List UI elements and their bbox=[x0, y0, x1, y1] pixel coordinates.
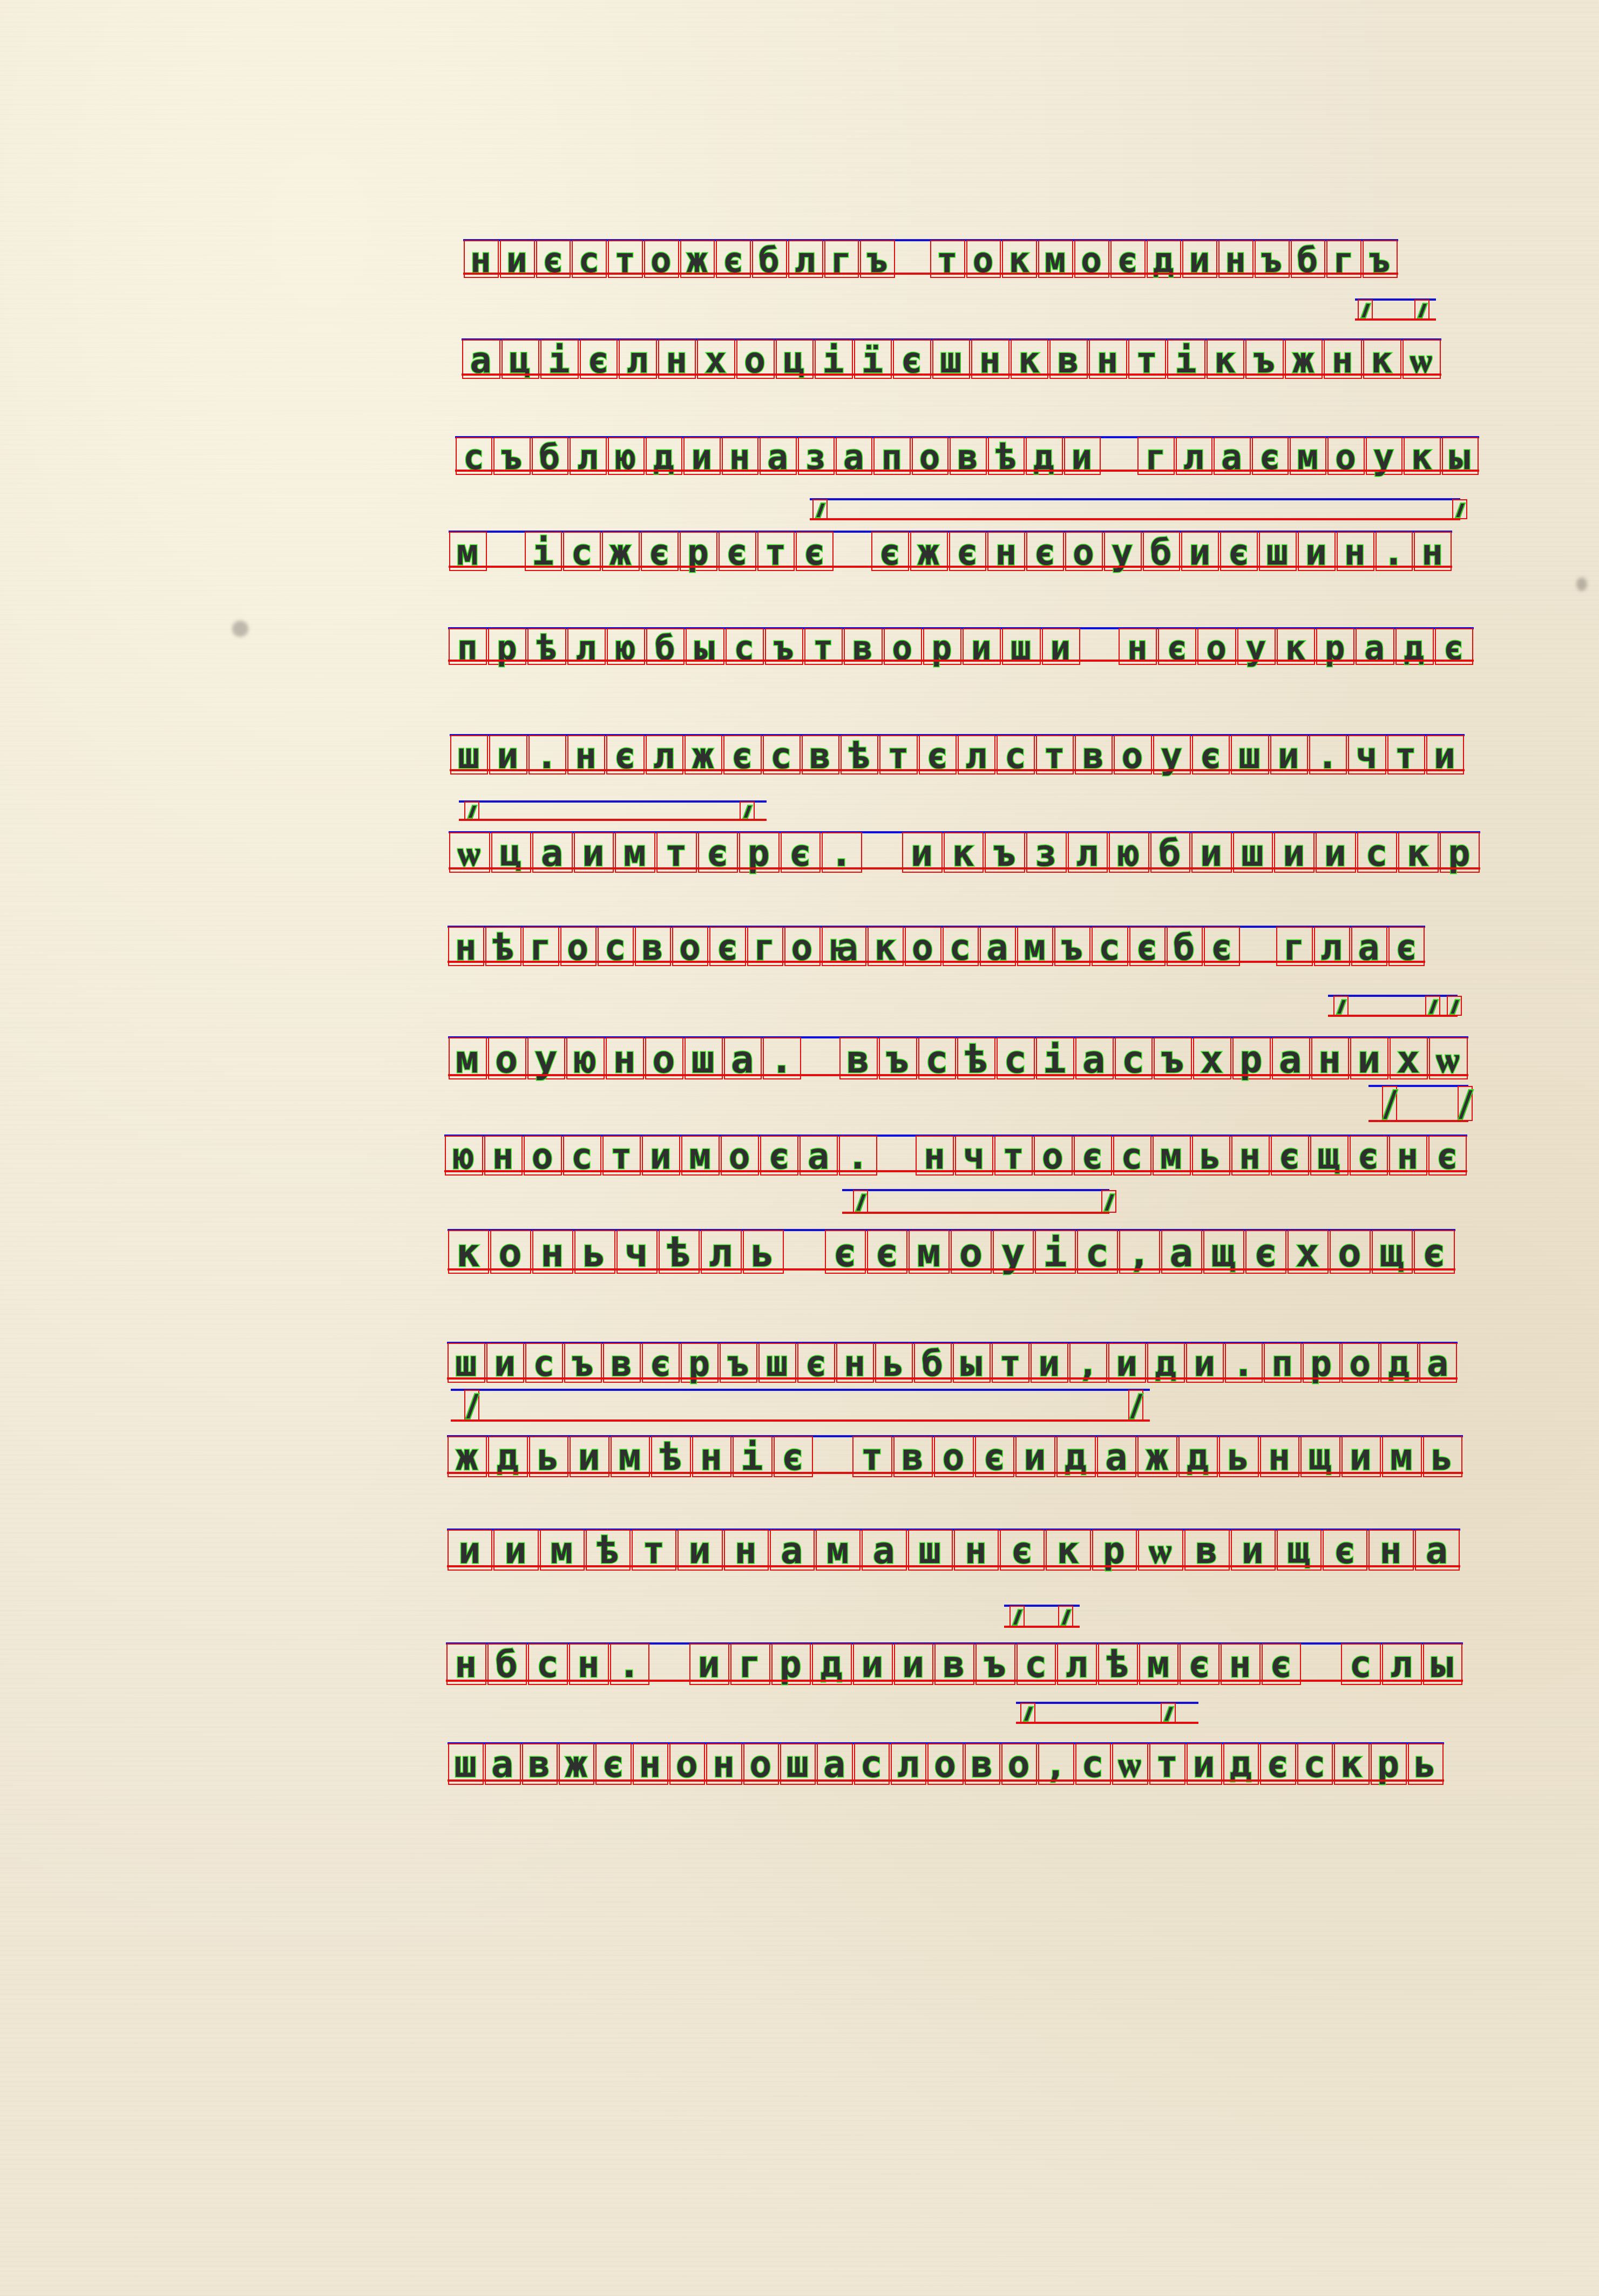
glyph-box: л bbox=[1382, 1643, 1422, 1685]
glyph-box: в bbox=[934, 1643, 974, 1685]
text-line: съблюдиназаповѣди глаємоукы bbox=[455, 436, 1479, 480]
glyph-box: ю bbox=[566, 1037, 605, 1079]
superscript-line bbox=[1328, 995, 1458, 1018]
glyph-box: є bbox=[1074, 1136, 1112, 1176]
glyph-box: ш bbox=[908, 1530, 953, 1571]
glyph-box: с bbox=[1077, 1230, 1118, 1274]
glyph-box: є bbox=[1414, 1230, 1455, 1274]
superscript-glyph-box bbox=[1058, 1606, 1073, 1627]
line-baseline bbox=[462, 373, 1441, 376]
glyph-box: и bbox=[1316, 832, 1356, 873]
glyph-box: в bbox=[603, 1343, 641, 1383]
word-gap bbox=[863, 832, 902, 873]
glyph-box: щ bbox=[1277, 1530, 1322, 1571]
glyph-box: м bbox=[611, 1436, 650, 1477]
glyph-box: р bbox=[1232, 1037, 1271, 1079]
glyph-box: м bbox=[540, 1530, 585, 1571]
glyph-box: є bbox=[867, 1230, 908, 1274]
glyph-box: ъ bbox=[1154, 1037, 1192, 1079]
glyph-box: д bbox=[1178, 1436, 1218, 1477]
glyph-box: м bbox=[1382, 1436, 1421, 1477]
glyph-box: д bbox=[488, 1436, 527, 1477]
glyph-box: є bbox=[1245, 1230, 1286, 1274]
glyph-box: ж bbox=[448, 1436, 487, 1477]
glyph-box: с bbox=[1115, 1037, 1153, 1079]
text-line: ацієлнхоціїєшнквнтікъжнкѡ bbox=[462, 338, 1441, 384]
glyph-box: р bbox=[771, 1643, 811, 1685]
glyph-box: ѣ bbox=[586, 1530, 631, 1571]
glyph-box: н bbox=[706, 1743, 742, 1785]
glyph-box: о bbox=[1001, 1743, 1037, 1785]
superscript-glyph-box bbox=[853, 1190, 868, 1213]
glyph-box: в bbox=[1184, 1530, 1229, 1571]
glyph-box: т bbox=[602, 1136, 641, 1176]
glyph-box: . bbox=[1225, 1343, 1263, 1383]
glyph-box: н bbox=[836, 1343, 874, 1383]
glyph-box: н bbox=[692, 1436, 731, 1477]
superscript-glyph-box bbox=[1009, 1606, 1025, 1627]
glyph-box: ъ bbox=[879, 1037, 917, 1079]
glyph-box: и bbox=[689, 1643, 729, 1685]
glyph-box: є bbox=[774, 1436, 813, 1477]
superscript-top-guide bbox=[810, 498, 1460, 500]
glyph-box: с bbox=[525, 1343, 563, 1383]
glyph-box: о bbox=[490, 1230, 531, 1274]
glyph-box: н bbox=[1311, 1037, 1350, 1079]
superscript-baseline bbox=[451, 1419, 1150, 1422]
glyph-box: к bbox=[1334, 1743, 1370, 1785]
glyph-box: п bbox=[1264, 1343, 1302, 1383]
glyph-box: и bbox=[1341, 1436, 1381, 1477]
glyph-box: к bbox=[1046, 1530, 1090, 1571]
glyph-box: с bbox=[918, 1037, 957, 1079]
glyph-box: ь bbox=[529, 1436, 568, 1477]
glyph-box: а bbox=[1415, 1530, 1460, 1571]
text-line: иимѣтинамашнєкрѡвищєна bbox=[447, 1529, 1460, 1576]
glyph-box: є bbox=[1323, 1530, 1367, 1571]
glyph-box: ы bbox=[1423, 1643, 1463, 1685]
glyph-box: н bbox=[916, 1136, 954, 1176]
glyph-box: р bbox=[1440, 832, 1480, 873]
glyph-box: ь bbox=[574, 1230, 615, 1274]
glyph-box: , bbox=[1119, 1230, 1160, 1274]
glyph-box: а bbox=[1272, 1037, 1310, 1079]
glyph-box: д bbox=[1380, 1343, 1418, 1383]
glyph-box: і bbox=[1036, 1037, 1074, 1079]
glyph-box: с bbox=[528, 1643, 568, 1685]
glyph-box: н bbox=[1389, 1136, 1427, 1176]
titlo-mark-icon bbox=[1023, 1706, 1034, 1722]
glyph-box: д bbox=[812, 1643, 852, 1685]
glyph-box: ю bbox=[1109, 832, 1149, 873]
titlo-mark-icon bbox=[1163, 1706, 1175, 1722]
line-baseline bbox=[444, 1170, 1467, 1172]
glyph-box: ѡ bbox=[449, 832, 490, 873]
titlo-mark-icon bbox=[1458, 1089, 1474, 1120]
line-baseline bbox=[448, 1074, 1468, 1076]
superscript-glyph-box bbox=[1452, 499, 1467, 519]
line-baseline bbox=[447, 1472, 1463, 1474]
glyph-box: к bbox=[1398, 832, 1439, 873]
titlo-mark-icon bbox=[465, 1393, 480, 1419]
glyph-box: є bbox=[825, 1230, 866, 1274]
titlo-mark-icon bbox=[1336, 999, 1347, 1015]
titlo-mark-icon bbox=[1129, 1393, 1144, 1419]
titlo-mark-icon bbox=[1103, 1193, 1115, 1212]
glyph-box: о bbox=[488, 1037, 526, 1079]
titlo-mark-icon bbox=[1360, 303, 1372, 318]
text-line: нѣгосвоєгоꙗкосамъсєбє глає bbox=[448, 926, 1425, 972]
glyph-box: у bbox=[527, 1037, 566, 1079]
titlo-mark-icon bbox=[1060, 1609, 1072, 1626]
word-gap bbox=[802, 1037, 838, 1079]
glyph-box: ь bbox=[743, 1230, 784, 1274]
glyph-box: н bbox=[724, 1530, 769, 1571]
paper-stain bbox=[1576, 578, 1587, 591]
glyph-box: . bbox=[839, 1136, 877, 1176]
glyph-box: и bbox=[486, 1343, 524, 1383]
glyph-box: и bbox=[1350, 1037, 1388, 1079]
glyph-box: с bbox=[854, 1743, 890, 1785]
glyph-box: ѣ bbox=[651, 1436, 690, 1477]
glyph-box: с bbox=[1357, 832, 1398, 873]
glyph-box: у bbox=[993, 1230, 1034, 1274]
glyph-box: а bbox=[532, 832, 573, 873]
glyph-box: и bbox=[574, 832, 614, 873]
glyph-box: т bbox=[994, 1136, 1033, 1176]
glyph-box: и bbox=[1108, 1343, 1146, 1383]
superscript-glyph-box bbox=[1414, 300, 1429, 320]
text-line: ждьимѣніє твоєидаждьнщимь bbox=[447, 1435, 1463, 1483]
glyph-box: н bbox=[446, 1643, 486, 1685]
glyph-box: о bbox=[1341, 1343, 1379, 1383]
glyph-box: и bbox=[448, 1530, 492, 1571]
glyph-box: є bbox=[698, 832, 738, 873]
titlo-mark-icon bbox=[1012, 1609, 1023, 1626]
glyph-box: є bbox=[797, 1343, 835, 1383]
glyph-box: в bbox=[965, 1743, 1000, 1785]
glyph-box: л bbox=[1068, 832, 1108, 873]
superscript-glyph-box bbox=[464, 1390, 479, 1421]
line-baseline bbox=[446, 1680, 1463, 1682]
word-gap bbox=[814, 1436, 851, 1477]
glyph-box: ѣ bbox=[659, 1230, 700, 1274]
glyph-box: о bbox=[721, 1136, 759, 1176]
superscript-glyph-box bbox=[1161, 1703, 1176, 1723]
glyph-box: н bbox=[1231, 1136, 1270, 1176]
line-baseline bbox=[449, 867, 1480, 870]
glyph-box: х bbox=[1193, 1037, 1231, 1079]
glyph-box: м bbox=[816, 1530, 861, 1571]
glyph-box: с bbox=[563, 1136, 601, 1176]
glyph-box: и bbox=[1031, 1343, 1068, 1383]
glyph-box: б bbox=[914, 1343, 952, 1383]
line-baseline bbox=[448, 660, 1474, 662]
text-line: шисъвєръшєньбыти,иди.прода bbox=[447, 1342, 1458, 1388]
glyph-box: в bbox=[839, 1037, 878, 1079]
glyph-box: с bbox=[1075, 1743, 1111, 1785]
text-line: ниєстожєблгъ токмоєдинъбгъ bbox=[463, 239, 1398, 283]
superscript-glyph-box bbox=[1425, 996, 1440, 1016]
glyph-box: и bbox=[677, 1530, 722, 1571]
glyph-box: о bbox=[1330, 1230, 1371, 1274]
glyph-box: а bbox=[1419, 1343, 1457, 1383]
glyph-box: т bbox=[656, 832, 697, 873]
text-line: нбсн. игрдиивъслѣмєнє слы bbox=[446, 1642, 1463, 1690]
glyph-box: т bbox=[1149, 1743, 1185, 1785]
glyph-box: є bbox=[1000, 1530, 1045, 1571]
glyph-box: и bbox=[1191, 832, 1232, 873]
glyph-box: н bbox=[532, 1230, 573, 1274]
glyph-box: т bbox=[852, 1436, 892, 1477]
glyph-box: т bbox=[992, 1343, 1029, 1383]
word-gap bbox=[651, 1643, 688, 1685]
glyph-box: ь bbox=[1219, 1436, 1258, 1477]
glyph-box: м bbox=[1153, 1136, 1191, 1176]
titlo-mark-icon bbox=[1428, 999, 1439, 1015]
glyph-box: ѡ bbox=[1138, 1530, 1183, 1571]
glyph-box: н bbox=[569, 1643, 609, 1685]
glyph-box: щ bbox=[1372, 1230, 1413, 1274]
text-line: прѣлюбысътвориши нєоукрадє bbox=[448, 627, 1474, 670]
word-gap bbox=[1302, 1643, 1340, 1685]
glyph-box: є bbox=[1428, 1136, 1467, 1176]
word-gap bbox=[785, 1230, 824, 1274]
paper-stain bbox=[232, 621, 248, 637]
titlo-mark-icon bbox=[742, 805, 753, 819]
glyph-box: . bbox=[763, 1037, 801, 1079]
titlo-mark-icon bbox=[815, 502, 826, 518]
glyph-box: о bbox=[524, 1136, 562, 1176]
glyph-box: ж bbox=[1137, 1436, 1177, 1477]
glyph-box: и bbox=[1186, 1343, 1224, 1383]
glyph-box: о bbox=[951, 1230, 992, 1274]
glyph-box: и bbox=[894, 1643, 934, 1685]
glyph-box: щ bbox=[1203, 1230, 1244, 1274]
text-line: юностимоєа. нчтоєсмьнєщєнє bbox=[444, 1135, 1467, 1181]
glyph-box: а bbox=[724, 1037, 762, 1079]
glyph-box: ѣ bbox=[1098, 1643, 1138, 1685]
glyph-box: . bbox=[610, 1643, 650, 1685]
superscript-glyph-box bbox=[1128, 1390, 1143, 1421]
superscript-line bbox=[451, 1389, 1150, 1423]
glyph-box: . bbox=[822, 832, 862, 873]
glyph-box: о bbox=[1034, 1136, 1072, 1176]
glyph-box: ш bbox=[780, 1743, 816, 1785]
glyph-box: и bbox=[493, 1530, 538, 1571]
glyph-box: є bbox=[1180, 1643, 1219, 1685]
glyph-box: , bbox=[1038, 1743, 1074, 1785]
glyph-box: н bbox=[1260, 1436, 1299, 1477]
glyph-box: є bbox=[1350, 1136, 1388, 1176]
glyph-box: б bbox=[487, 1643, 527, 1685]
titlo-mark-icon bbox=[1449, 999, 1461, 1015]
superscript-top-guide bbox=[459, 800, 767, 803]
glyph-box: н bbox=[1368, 1530, 1413, 1571]
glyph-box: о bbox=[743, 1743, 779, 1785]
superscript-glyph-box bbox=[1447, 996, 1462, 1016]
superscript-baseline bbox=[810, 518, 1460, 520]
glyph-box: и bbox=[1274, 832, 1315, 873]
glyph-box: є bbox=[642, 1343, 680, 1383]
glyph-box: м bbox=[1139, 1643, 1179, 1685]
superscript-line bbox=[810, 498, 1460, 521]
superscript-top-guide bbox=[842, 1189, 1109, 1191]
glyph-box: г bbox=[730, 1643, 770, 1685]
superscript-glyph-box bbox=[812, 499, 828, 519]
glyph-box: з bbox=[1026, 832, 1067, 873]
glyph-box: а bbox=[1097, 1436, 1136, 1477]
glyph-box: н bbox=[484, 1136, 523, 1176]
superscript-line bbox=[1016, 1702, 1198, 1725]
line-baseline bbox=[449, 566, 1452, 568]
glyph-box: ѡ bbox=[1429, 1037, 1468, 1079]
superscript-line bbox=[1004, 1605, 1080, 1629]
text-line: коньчѣль єємоуіс,ащєхощє bbox=[448, 1229, 1455, 1279]
glyph-box: а bbox=[485, 1743, 520, 1785]
glyph-box: ш bbox=[448, 1343, 485, 1383]
glyph-box: ш bbox=[758, 1343, 796, 1383]
glyph-box: ь bbox=[1408, 1743, 1444, 1785]
glyph-box: и bbox=[1015, 1436, 1055, 1477]
glyph-box: и bbox=[1231, 1530, 1276, 1571]
glyph-box: м bbox=[681, 1136, 720, 1176]
glyph-box: а bbox=[770, 1530, 815, 1571]
glyph-box: с bbox=[1113, 1136, 1151, 1176]
glyph-box: ъ bbox=[564, 1343, 602, 1383]
glyph-box: р bbox=[1092, 1530, 1137, 1571]
superscript-glyph-box bbox=[1458, 1086, 1473, 1121]
glyph-box: є bbox=[781, 832, 821, 873]
glyph-box: а bbox=[862, 1530, 906, 1571]
superscript-glyph-box bbox=[1333, 996, 1349, 1016]
superscript-glyph-box bbox=[464, 801, 479, 820]
glyph-box: а bbox=[1161, 1230, 1202, 1274]
glyph-box: л bbox=[701, 1230, 742, 1274]
text-line: ѡцаимтєрє. икъзлюбишиискр bbox=[449, 831, 1480, 878]
glyph-box: ь bbox=[1423, 1436, 1462, 1477]
glyph-box: ч bbox=[616, 1230, 658, 1274]
glyph-box: ъ bbox=[720, 1343, 757, 1383]
glyph-box: ш bbox=[1233, 832, 1273, 873]
glyph-box: б bbox=[1150, 832, 1191, 873]
glyph-box: ц bbox=[491, 832, 532, 873]
glyph-box: с bbox=[1341, 1643, 1381, 1685]
glyph-box: н bbox=[1221, 1643, 1261, 1685]
glyph-box: і bbox=[1035, 1230, 1076, 1274]
glyph-box: щ bbox=[1300, 1436, 1340, 1477]
glyph-box: н bbox=[954, 1530, 999, 1571]
titlo-mark-icon bbox=[1455, 502, 1466, 518]
superscript-line bbox=[1368, 1085, 1468, 1123]
glyph-box: ы bbox=[953, 1343, 991, 1383]
glyph-box: с bbox=[1017, 1643, 1056, 1685]
text-line: м ісжєрєтє єжєнєоубиєшин.н bbox=[449, 531, 1452, 576]
superscript-glyph-box bbox=[1020, 1703, 1035, 1723]
glyph-box: н bbox=[606, 1037, 644, 1079]
glyph-box: н bbox=[633, 1743, 668, 1785]
glyph-box: и bbox=[642, 1136, 680, 1176]
glyph-box: є bbox=[760, 1136, 798, 1176]
glyph-box: р bbox=[739, 832, 780, 873]
line-baseline bbox=[447, 1377, 1458, 1380]
glyph-box: д bbox=[1223, 1743, 1259, 1785]
glyph-box: о bbox=[927, 1743, 963, 1785]
line-baseline bbox=[448, 961, 1425, 963]
glyph-box: л bbox=[891, 1743, 926, 1785]
glyph-box: а bbox=[799, 1136, 838, 1176]
glyph-box: и bbox=[570, 1436, 609, 1477]
glyph-box: р bbox=[1303, 1343, 1340, 1383]
glyph-box: щ bbox=[1310, 1136, 1349, 1176]
glyph-box: а bbox=[817, 1743, 852, 1785]
line-baseline bbox=[450, 769, 1465, 771]
glyph-box: ъ bbox=[975, 1643, 1015, 1685]
glyph-box: є bbox=[1260, 1743, 1296, 1785]
manuscript-page: ниєстожєблгъ токмоєдинъбгъацієлнхоціїєшн… bbox=[0, 0, 1599, 2296]
glyph-box: ѡ bbox=[1112, 1743, 1148, 1785]
superscript-glyph-box bbox=[1382, 1086, 1397, 1121]
glyph-box: и bbox=[853, 1643, 893, 1685]
glyph-box: м bbox=[909, 1230, 950, 1274]
glyph-box: є bbox=[975, 1436, 1014, 1477]
glyph-box: о bbox=[934, 1436, 973, 1477]
glyph-box: к bbox=[448, 1230, 489, 1274]
superscript-baseline bbox=[842, 1212, 1109, 1214]
superscript-glyph-box bbox=[1358, 300, 1373, 320]
superscript-line bbox=[459, 800, 767, 822]
superscript-glyph-box bbox=[740, 801, 755, 820]
glyph-box: д bbox=[1056, 1436, 1096, 1477]
glyph-box: с bbox=[997, 1037, 1035, 1079]
glyph-box: ч bbox=[955, 1136, 993, 1176]
glyph-box: і bbox=[733, 1436, 772, 1477]
line-baseline bbox=[447, 1565, 1460, 1567]
glyph-box: л bbox=[1057, 1643, 1097, 1685]
glyph-box: є bbox=[1271, 1136, 1309, 1176]
line-baseline bbox=[448, 1268, 1455, 1271]
superscript-top-guide bbox=[451, 1389, 1150, 1391]
titlo-mark-icon bbox=[467, 805, 477, 819]
glyph-box: в bbox=[522, 1743, 558, 1785]
glyph-box: д bbox=[1147, 1343, 1185, 1383]
glyph-box: є bbox=[595, 1743, 631, 1785]
text-line: шавжєноношаслово,сѡтидєскрь bbox=[448, 1742, 1444, 1790]
glyph-box: ю bbox=[445, 1136, 483, 1176]
superscript-line bbox=[1355, 298, 1436, 322]
titlo-mark-icon bbox=[1417, 303, 1428, 318]
titlo-mark-icon bbox=[855, 1193, 867, 1212]
glyph-box: ш bbox=[448, 1743, 484, 1785]
glyph-box: р bbox=[681, 1343, 719, 1383]
text-line: моуюноша. въсѣсіасъхранихѡ bbox=[448, 1036, 1468, 1085]
glyph-box: а bbox=[1075, 1037, 1114, 1079]
glyph-box: м bbox=[615, 832, 655, 873]
line-baseline bbox=[455, 470, 1479, 472]
glyph-box: в bbox=[893, 1436, 933, 1477]
superscript-baseline bbox=[459, 819, 767, 821]
glyph-box: ш bbox=[685, 1037, 723, 1079]
glyph-box: т bbox=[632, 1530, 676, 1571]
glyph-box: м bbox=[449, 1037, 487, 1079]
glyph-box: о bbox=[669, 1743, 705, 1785]
glyph-box: ь bbox=[1192, 1136, 1230, 1176]
superscript-line bbox=[842, 1189, 1109, 1215]
word-gap bbox=[878, 1136, 914, 1176]
glyph-box: ъ bbox=[985, 832, 1025, 873]
line-baseline bbox=[463, 273, 1398, 275]
text-line: ши.нєлжєсвѣтєлствоуєши.чти bbox=[450, 734, 1465, 780]
